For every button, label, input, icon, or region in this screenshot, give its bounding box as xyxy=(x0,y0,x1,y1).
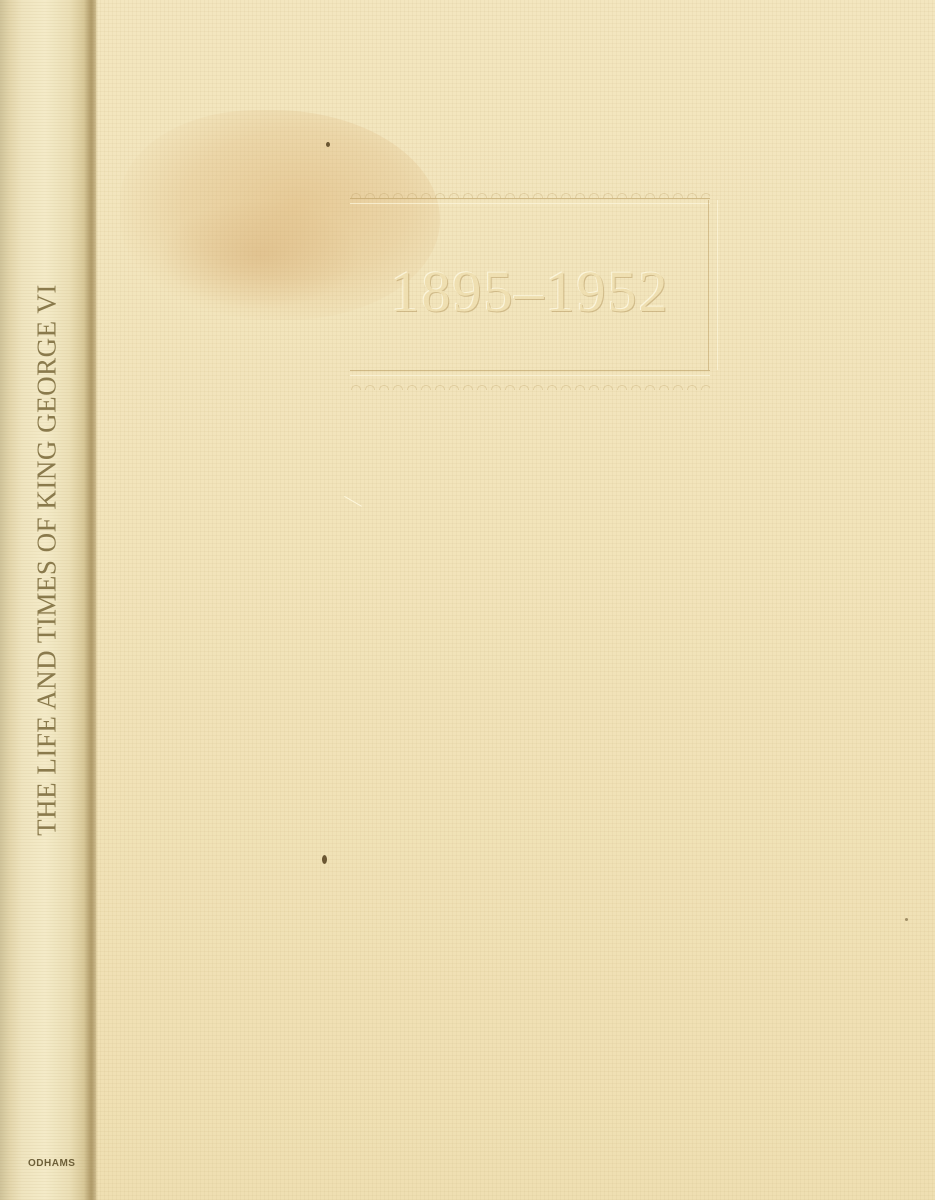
book-cover-photo: THE LIFE AND TIMES OF KING GEORGE VI ODH… xyxy=(0,0,935,1200)
blemish-mark xyxy=(322,855,327,864)
book-spine: THE LIFE AND TIMES OF KING GEORGE VI ODH… xyxy=(0,0,96,1200)
emboss-ornament-side xyxy=(708,200,718,370)
emboss-ornament-top xyxy=(350,188,710,198)
blemish-dot xyxy=(905,918,908,921)
emboss-ornament-bottom xyxy=(350,380,710,390)
blemish-dot xyxy=(326,142,330,147)
cloth-scuff xyxy=(338,496,362,517)
spine-hinge xyxy=(84,0,98,1200)
emboss-rule-top xyxy=(350,198,710,204)
embossed-date-panel: 1895–1952 xyxy=(350,190,710,390)
water-stain-lower xyxy=(160,200,360,310)
spine-publisher-mark: ODHAMS xyxy=(28,1158,75,1169)
emboss-rule-bottom xyxy=(350,370,710,376)
spine-title: THE LIFE AND TIMES OF KING GEORGE VI xyxy=(32,284,63,836)
embossed-dates: 1895–1952 xyxy=(350,258,710,325)
